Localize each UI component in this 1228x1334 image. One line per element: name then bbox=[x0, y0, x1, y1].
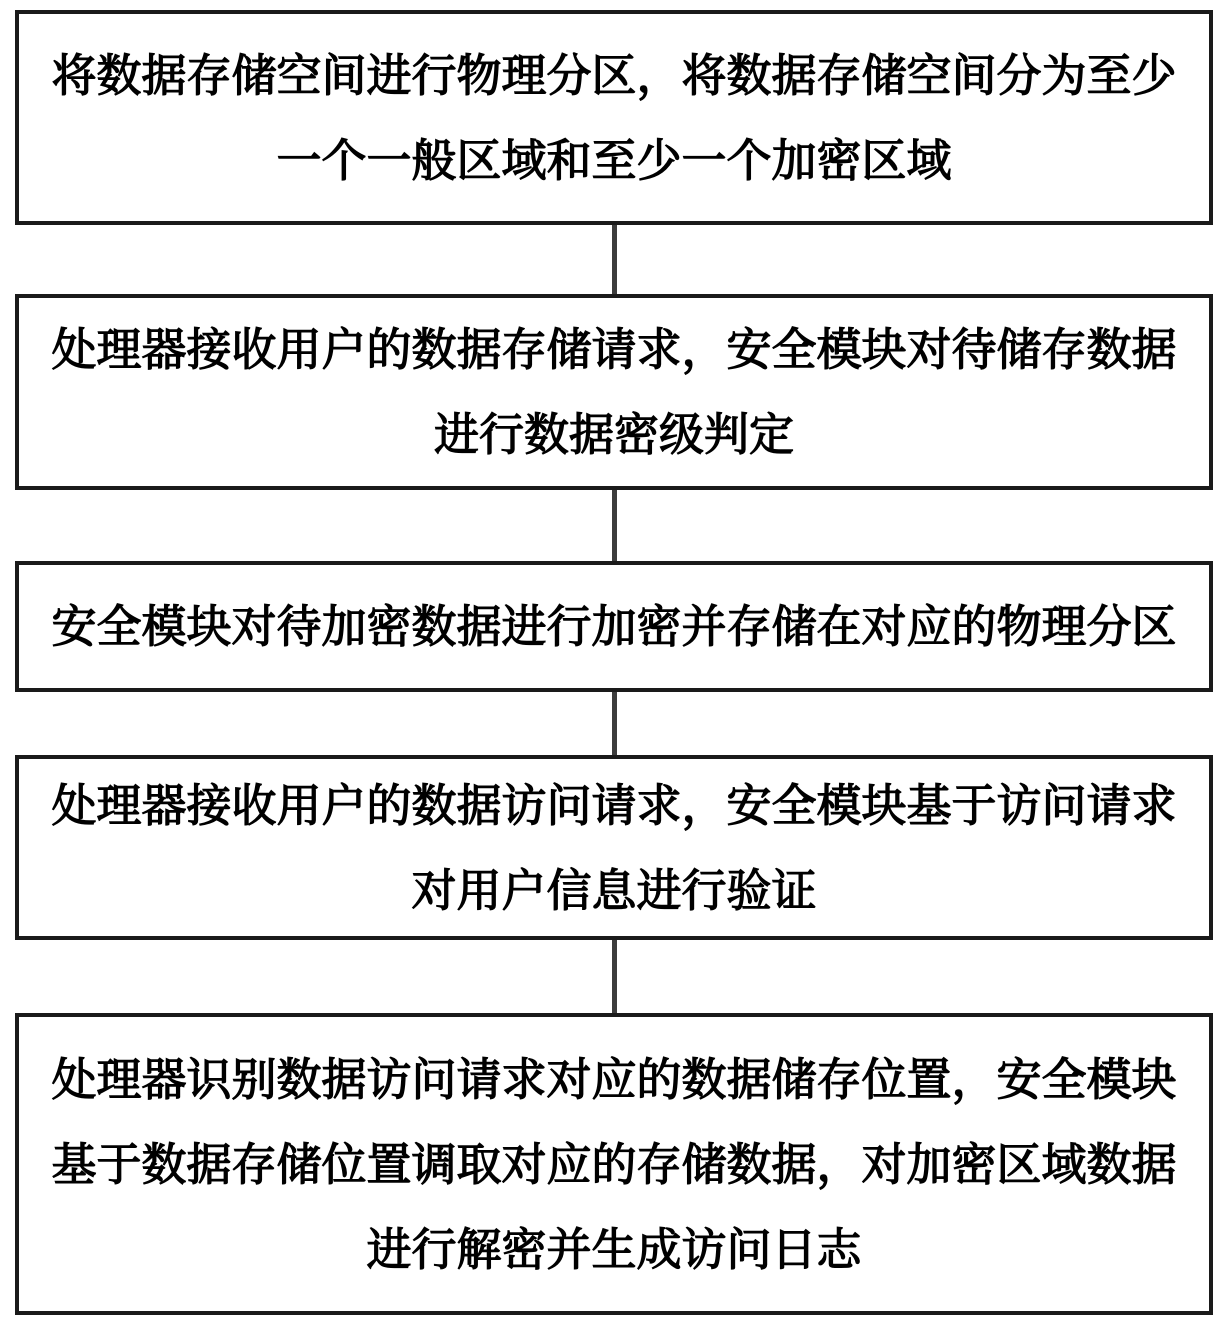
flowchart-step-4: 处理器接收用户的数据访问请求，安全模块基于访问请求对用户信息进行验证 bbox=[15, 755, 1213, 940]
flowchart-step-4-text: 处理器接收用户的数据访问请求，安全模块基于访问请求对用户信息进行验证 bbox=[41, 763, 1187, 933]
flowchart-step-5: 处理器识别数据访问请求对应的数据储存位置，安全模块基于数据存储位置调取对应的存储… bbox=[15, 1013, 1213, 1315]
flowchart-step-1: 将数据存储空间进行物理分区，将数据存储空间分为至少一个一般区域和至少一个加密区域 bbox=[15, 10, 1213, 225]
connector-line-3 bbox=[612, 692, 617, 755]
flowchart-step-5-text: 处理器识别数据访问请求对应的数据储存位置，安全模块基于数据存储位置调取对应的存储… bbox=[41, 1037, 1187, 1292]
connector-line-1 bbox=[612, 225, 617, 294]
connector-line-4 bbox=[612, 940, 617, 1013]
flowchart: 将数据存储空间进行物理分区，将数据存储空间分为至少一个一般区域和至少一个加密区域… bbox=[15, 10, 1213, 1315]
flowchart-step-1-text: 将数据存储空间进行物理分区，将数据存储空间分为至少一个一般区域和至少一个加密区域 bbox=[41, 33, 1187, 203]
flowchart-step-3-text: 安全模块对待加密数据进行加密并存储在对应的物理分区 bbox=[51, 584, 1176, 669]
flowchart-step-3: 安全模块对待加密数据进行加密并存储在对应的物理分区 bbox=[15, 561, 1213, 692]
connector-line-2 bbox=[612, 490, 617, 561]
flowchart-step-2: 处理器接收用户的数据存储请求，安全模块对待储存数据进行数据密级判定 bbox=[15, 294, 1213, 490]
flowchart-step-2-text: 处理器接收用户的数据存储请求，安全模块对待储存数据进行数据密级判定 bbox=[41, 307, 1187, 477]
